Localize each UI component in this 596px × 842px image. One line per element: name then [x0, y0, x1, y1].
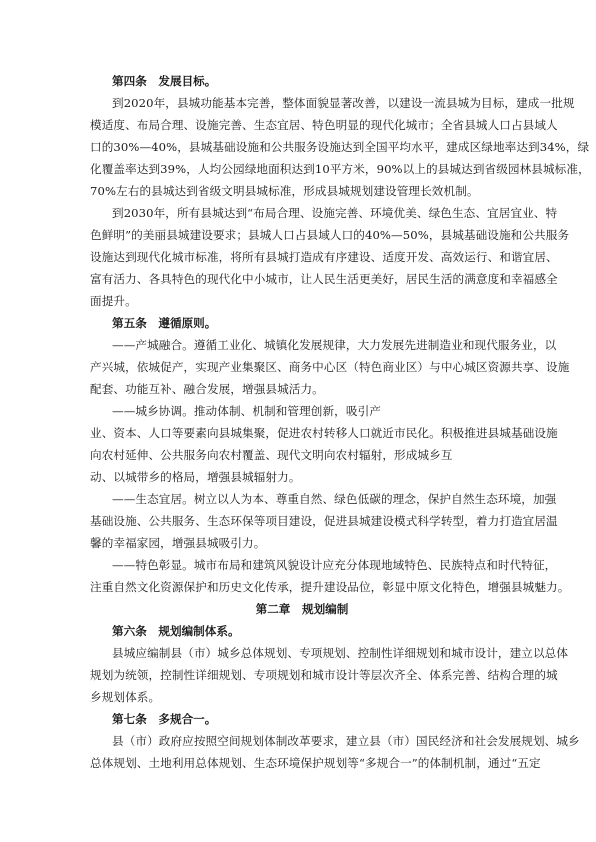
paragraph-line: ——生态宜居。树立以人为本、尊重自然、绿色低碳的理念，保护自然生态环境，加强	[90, 488, 514, 510]
paragraph-line: 化覆盖率达到39%，人均公园绿地面积达到10平方米，90%以上的县城达到省级园林…	[90, 158, 514, 180]
paragraph-line: 富有活力、各具特色的现代化中小城市，让人民生活更美好，居民生活的满意度和幸福感全	[90, 268, 514, 290]
paragraph-line: 规划为统领，控制性详细规划、专项规划和城市设计等层次齐全、体系完善、结构合理的城	[90, 664, 514, 686]
paragraph-line: 配套、功能互补、融合发展，增强县城活力。	[90, 378, 514, 400]
paragraph-line: 馨的幸福家园，增强县城吸引力。	[90, 532, 514, 554]
article-6-heading: 第六条 规划编制体系。	[90, 620, 514, 642]
paragraph-line: 动、以城带乡的格局，增强县城辐射力。	[90, 466, 514, 488]
paragraph-line: 70%左右的县城达到省级文明县城标准，形成县城规划建设管理长效机制。	[90, 180, 514, 202]
paragraph-line: 产兴城，依城促产，实现产业集聚区、商务中心区（特色商业区）与中心城区资源共享、设…	[90, 356, 514, 378]
document-page: 第四条 发展目标。 到2020年，县城功能基本完善，整体面貌显著改善，以建设一流…	[90, 70, 514, 774]
paragraph-line: ——城乡协调。推动体制、机制和管理创新，吸引产	[90, 400, 514, 422]
article-7-heading: 第七条 多规合一。	[90, 708, 514, 730]
paragraph-line: 口的30%—40%，县城基础设施和公共服务设施达到全国平均水平，建成区绿地率达到…	[90, 136, 514, 158]
paragraph-line: 向农村延伸、公共服务向农村覆盖、现代文明向农村辐射，形成城乡互	[90, 444, 514, 466]
paragraph-line: 县（市）政府应按照空间规划体制改革要求，建立县（市）国民经济和社会发展规划、城乡	[90, 730, 514, 752]
paragraph-line: 到2030年，所有县城达到“布局合理、设施完善、环境优美、绿色生态、宜居宜业、特	[90, 202, 514, 224]
paragraph-line: 基础设施、公共服务、生态环保等项目建设，促进县城建设模式科学转型，着力打造宜居温	[90, 510, 514, 532]
article-5-heading: 第五条 遵循原则。	[90, 312, 514, 334]
paragraph-line: 模适度、布局合理、设施完善、生态宜居、特色明显的现代化城市；全省县城人口占县域人	[90, 114, 514, 136]
paragraph-line: 业、资本、人口等要素向县城集聚，促进农村转移人口就近市民化。积极推进县城基础设施	[90, 422, 514, 444]
paragraph-line: 县城应编制县（市）城乡总体规划、专项规划、控制性详细规划和城市设计，建立以总体	[90, 642, 514, 664]
paragraph-line: 面提升。	[90, 290, 514, 312]
paragraph-line: 色鲜明”的美丽县城建设要求；县城人口占县域人口的40%—50%，县城基础设施和公…	[90, 224, 514, 246]
chapter-2-title: 第二章 规划编制	[90, 598, 514, 620]
paragraph-line: 设施达到现代化城市标准，将所有县城打造成有序建设、适度开发、高效运行、和谐宜居、	[90, 246, 514, 268]
paragraph-line: 总体规划、土地利用总体规划、生态环境保护规划等“多规合一”的体制机制，通过“五定	[90, 752, 514, 774]
paragraph-line: 乡规划体系。	[90, 686, 514, 708]
paragraph-line: 到2020年，县城功能基本完善，整体面貌显著改善，以建设一流县城为目标，建成一批…	[90, 92, 514, 114]
paragraph-line: 注重自然文化资源保护和历史文化传承，提升建设品位，彰显中原文化特色，增强县城魅力…	[90, 576, 514, 598]
paragraph-line: ——特色彰显。城市布局和建筑风貌设计应充分体现地域特色、民族特点和时代特征，	[90, 554, 514, 576]
paragraph-line: ——产城融合。遵循工业化、城镇化发展规律，大力发展先进制造业和现代服务业，以	[90, 334, 514, 356]
article-4-heading: 第四条 发展目标。	[90, 70, 514, 92]
